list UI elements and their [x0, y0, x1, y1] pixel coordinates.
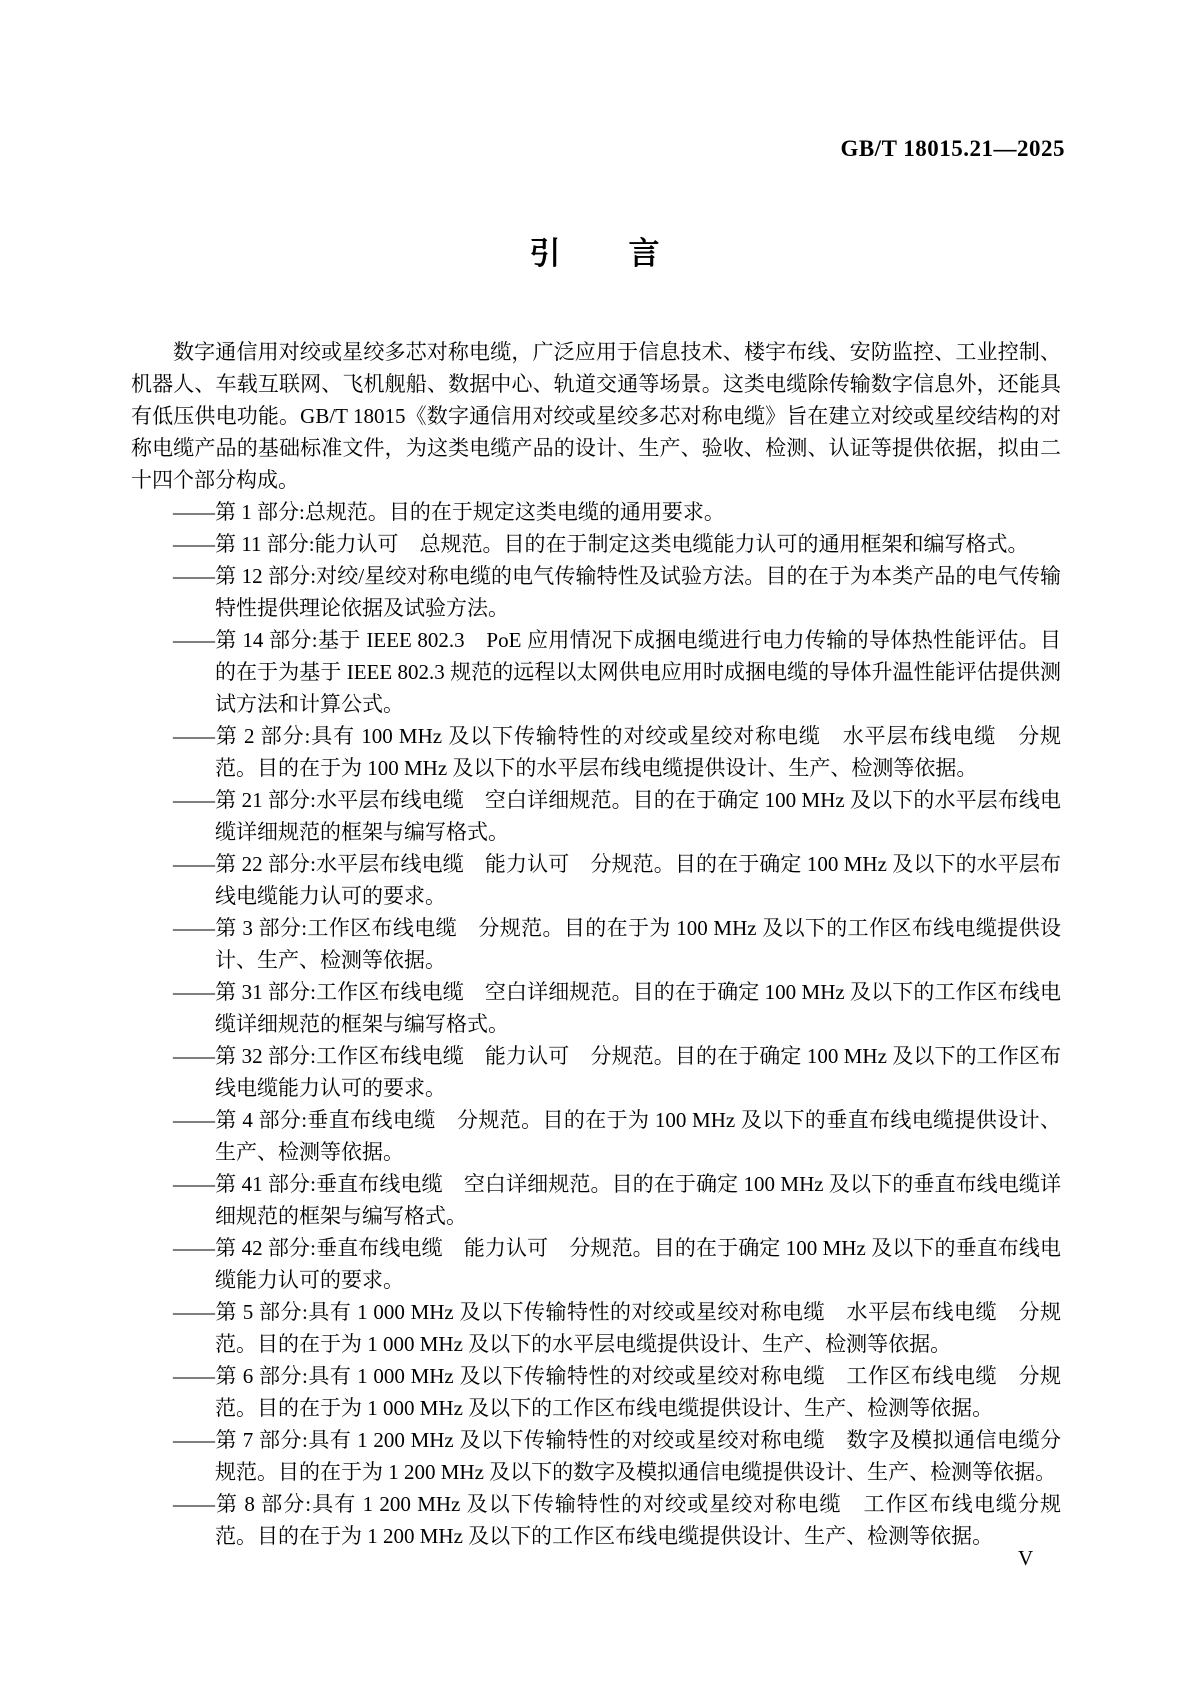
document-page: GB/T 18015.21—2025 引 言 数字通信用对绞或星绞多芯对称电缆，…	[0, 0, 1191, 1685]
page-title: 引 言	[0, 228, 1191, 273]
list-item: ——第 1 部分:总规范。目的在于规定这类电缆的通用要求。	[131, 496, 1061, 528]
parts-list: ——第 1 部分:总规范。目的在于规定这类电缆的通用要求。——第 11 部分:能…	[131, 496, 1061, 1552]
list-item: ——第 3 部分:工作区布线电缆 分规范。目的在于为 100 MHz 及以下的工…	[131, 912, 1061, 976]
list-item: ——第 32 部分:工作区布线电缆 能力认可 分规范。目的在于确定 100 MH…	[131, 1040, 1061, 1104]
list-item: ——第 42 部分:垂直布线电缆 能力认可 分规范。目的在于确定 100 MHz…	[131, 1232, 1061, 1296]
list-item: ——第 5 部分:具有 1 000 MHz 及以下传输特性的对绞或星绞对称电缆 …	[131, 1296, 1061, 1360]
list-item: ——第 22 部分:水平层布线电缆 能力认可 分规范。目的在于确定 100 MH…	[131, 848, 1061, 912]
intro-paragraph: 数字通信用对绞或星绞多芯对称电缆，广泛应用于信息技术、楼宇布线、安防监控、工业控…	[131, 336, 1061, 496]
standard-number: GB/T 18015.21—2025	[840, 136, 1065, 162]
list-item: ——第 41 部分:垂直布线电缆 空白详细规范。目的在于确定 100 MHz 及…	[131, 1168, 1061, 1232]
list-item: ——第 31 部分:工作区布线电缆 空白详细规范。目的在于确定 100 MHz …	[131, 976, 1061, 1040]
list-item: ——第 8 部分:具有 1 200 MHz 及以下传输特性的对绞或星绞对称电缆 …	[131, 1488, 1061, 1552]
list-item: ——第 2 部分:具有 100 MHz 及以下传输特性的对绞或星绞对称电缆 水平…	[131, 720, 1061, 784]
list-item: ——第 11 部分:能力认可 总规范。目的在于制定这类电缆能力认可的通用框架和编…	[131, 528, 1061, 560]
list-item: ——第 4 部分:垂直布线电缆 分规范。目的在于为 100 MHz 及以下的垂直…	[131, 1104, 1061, 1168]
document-body: 数字通信用对绞或星绞多芯对称电缆，广泛应用于信息技术、楼宇布线、安防监控、工业控…	[131, 336, 1061, 1552]
list-item: ——第 6 部分:具有 1 000 MHz 及以下传输特性的对绞或星绞对称电缆 …	[131, 1360, 1061, 1424]
list-item: ——第 21 部分:水平层布线电缆 空白详细规范。目的在于确定 100 MHz …	[131, 784, 1061, 848]
list-item: ——第 7 部分:具有 1 200 MHz 及以下传输特性的对绞或星绞对称电缆 …	[131, 1424, 1061, 1488]
list-item: ——第 12 部分:对绞/星绞对称电缆的电气传输特性及试验方法。目的在于为本类产…	[131, 560, 1061, 624]
list-item: ——第 14 部分:基于 IEEE 802.3 PoE 应用情况下成捆电缆进行电…	[131, 624, 1061, 720]
page-number: V	[1018, 1546, 1033, 1571]
